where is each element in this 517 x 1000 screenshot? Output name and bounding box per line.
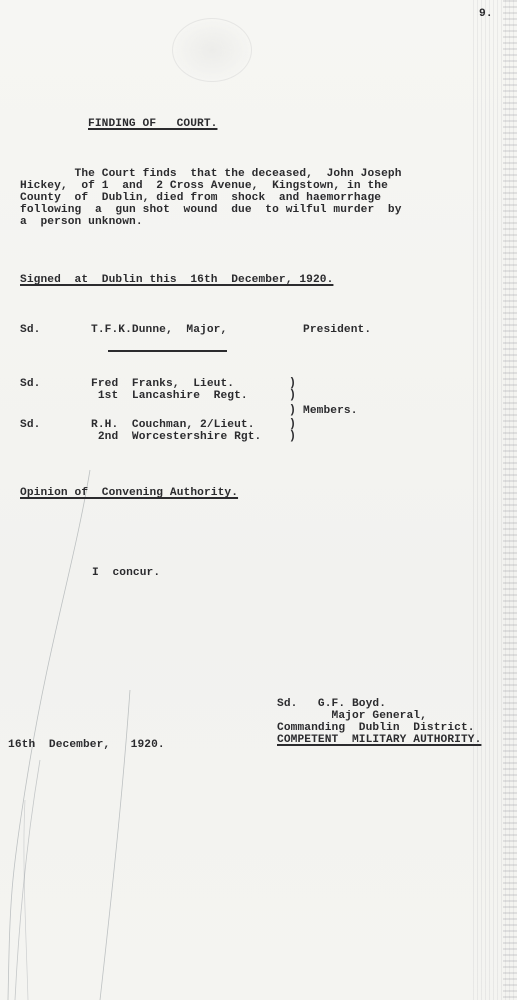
bracket: ) [289, 390, 296, 402]
finding-line: a person unknown. [20, 216, 143, 228]
document-page: 9. FINDING OF COURT. The Court finds tha… [0, 0, 517, 1000]
bracket: ) [289, 405, 296, 417]
authority-line: Sd. G.F. Boyd. [277, 698, 386, 710]
finding-line: Hickey, of 1 and 2 Cross Avenue, Kingsto… [20, 180, 388, 192]
embossed-seal [172, 18, 252, 82]
member-sd: Sd. [20, 419, 40, 431]
authority-line: Major General, [277, 710, 427, 722]
finding-line: County of Dublin, died from shock and ha… [20, 192, 381, 204]
finding-line: following a gun shot wound due to wilful… [20, 204, 402, 216]
signature-rule [108, 350, 227, 352]
concur-text: I concur. [92, 567, 160, 579]
authority-title: COMPETENT MILITARY AUTHORITY. [277, 734, 481, 746]
president-name: T.F.K.Dunne, Major, [91, 324, 227, 336]
opinion-heading: Opinion of Convening Authority. [20, 487, 238, 499]
finding-line: The Court finds that the deceased, John … [20, 168, 402, 180]
president-sd: Sd. [20, 324, 40, 336]
page-number: 9. [479, 8, 493, 20]
member-sd: Sd. [20, 378, 40, 390]
heading-finding-of-court: FINDING OF COURT. [88, 118, 217, 130]
date-line: 16th December, 1920. [8, 739, 165, 751]
paper-crease-marks [0, 0, 517, 1000]
members-label: Members. [303, 405, 358, 417]
member-line: R.H. Couchman, 2/Lieut. [91, 419, 255, 431]
page-edge-artifact [503, 0, 517, 1000]
president-role: President. [303, 324, 371, 336]
authority-line: Commanding Dublin District. [277, 722, 475, 734]
bracket: ) [289, 431, 296, 443]
member-line: 2nd Worcestershire Rgt. [91, 431, 261, 443]
signed-line: Signed at Dublin this 16th December, 192… [20, 274, 333, 286]
member-line: 1st Lancashire Regt. [91, 390, 248, 402]
member-line: Fred Franks, Lieut. [91, 378, 234, 390]
